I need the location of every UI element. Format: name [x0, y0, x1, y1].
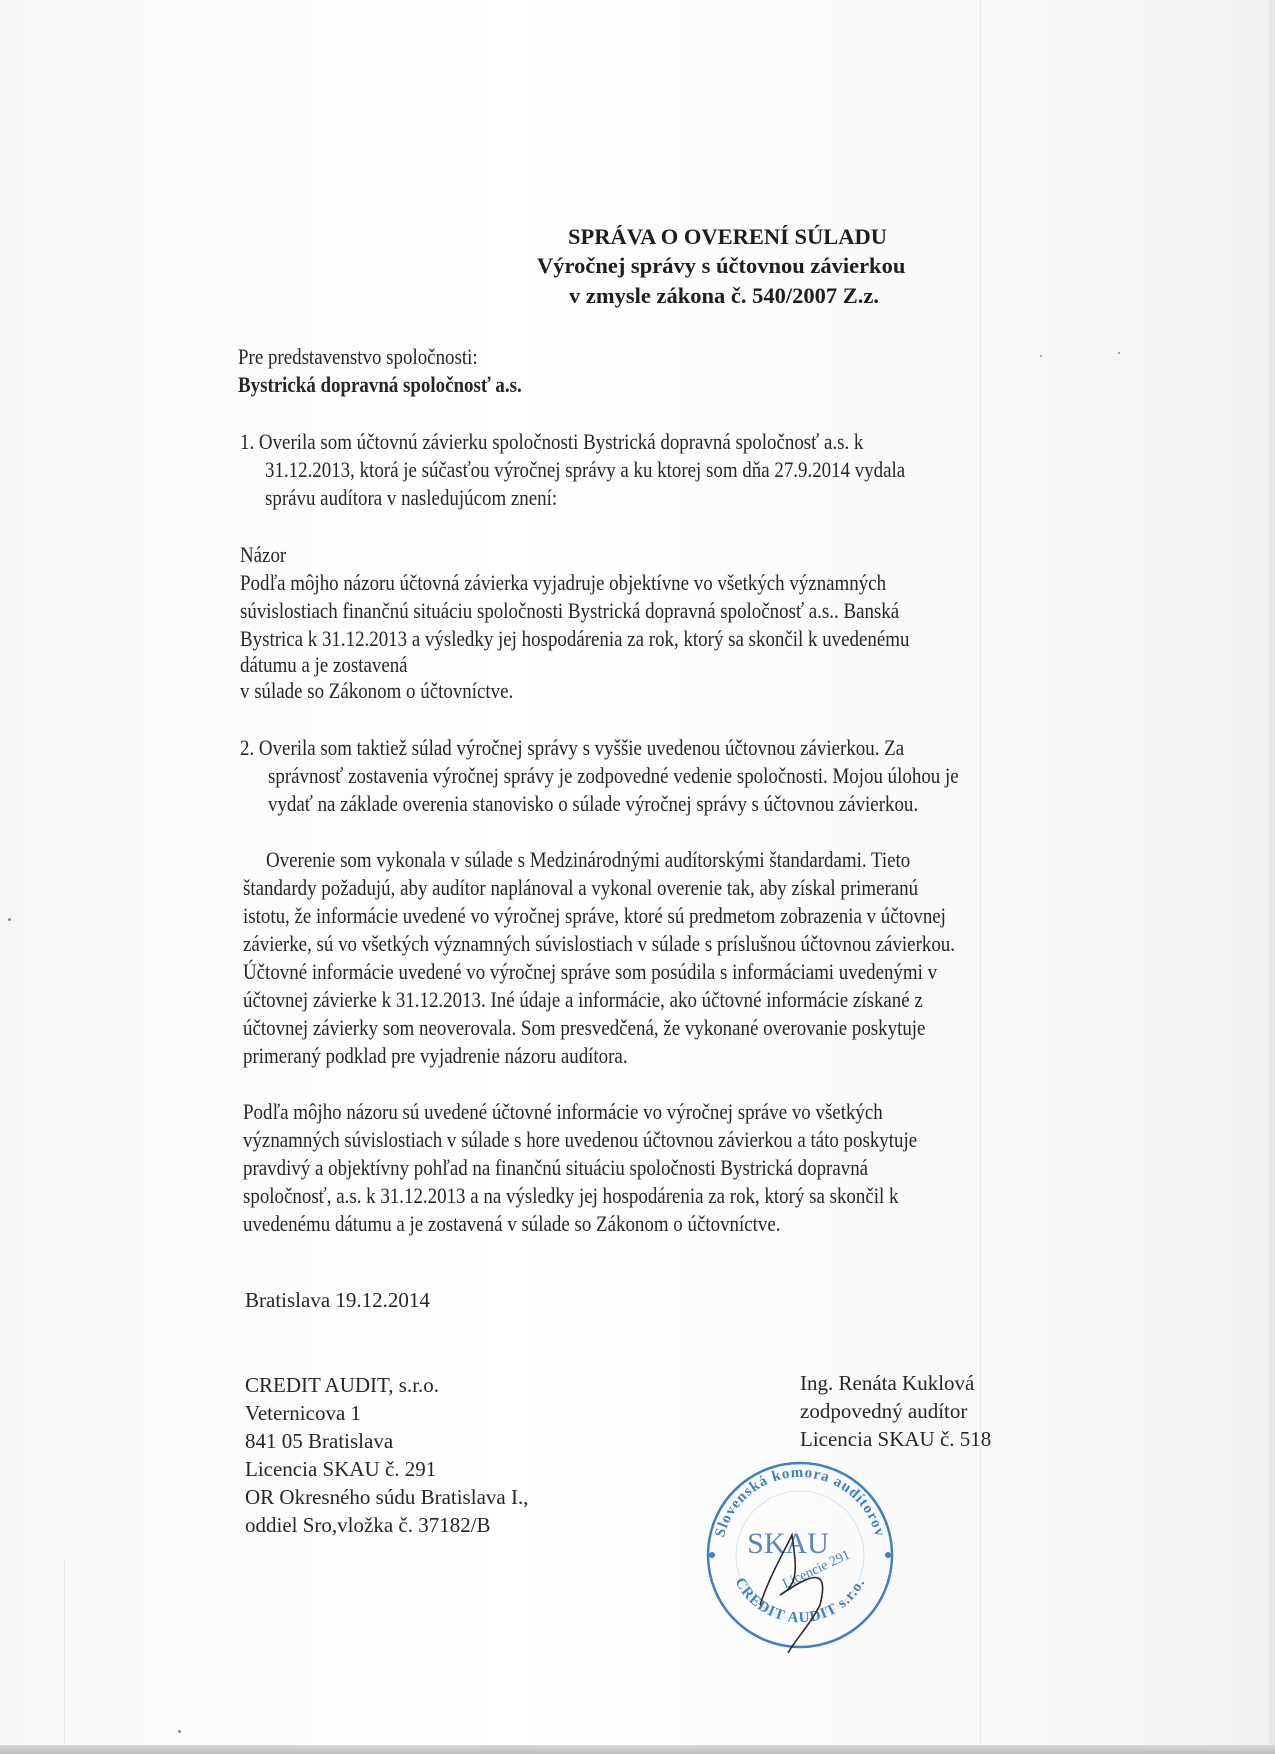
firm-line: CREDIT AUDIT, s.r.o. [245, 1375, 439, 1396]
place-and-date: Bratislava 19.12.2014 [245, 1290, 430, 1311]
firm-line: 841 05 Bratislava [245, 1431, 393, 1452]
addressee-company: Bystrická dopravná spoločnosť a.s. [238, 374, 522, 396]
conclusion-line: Podľa môjho názoru sú uvedené účtovné in… [243, 1101, 883, 1123]
section-2-line: vydať na základe overenia stanovisko o s… [268, 793, 918, 815]
opinion-heading: Názor [240, 544, 286, 566]
scan-speck [8, 918, 11, 921]
scan-edge-left [64, 1560, 65, 1750]
auditor-role: zodpovedný audítor [800, 1401, 967, 1422]
auditor-name: Ing. Renáta Kuklová [800, 1373, 974, 1394]
scan-speck [1118, 352, 1120, 354]
verification-line: štandardy požadujú, aby audítor naplánov… [243, 877, 918, 899]
opinion-line: Podľa môjho názoru účtovná závierka vyja… [240, 572, 886, 594]
firm-line: Veternicova 1 [245, 1403, 361, 1424]
opinion-line: v súlade so Zákonom o účtovníctve. [240, 680, 513, 702]
section-1-line: 1. Overila som účtovnú závierku spoločno… [240, 431, 863, 453]
auditor-license: Licencia SKAU č. 518 [800, 1429, 991, 1450]
firm-line: oddiel Sro,vložka č. 37182/B [245, 1515, 491, 1536]
firm-line: OR Okresného súdu Bratislava I., [245, 1487, 528, 1508]
addressee-label: Pre predstavenstvo spoločnosti: [238, 346, 478, 368]
page-fold-line [980, 0, 981, 1754]
scan-speck [1040, 355, 1042, 357]
verification-line: závierke, sú vo všetkých významných súvi… [243, 933, 955, 955]
document-title: SPRÁVA O OVERENÍ SÚLADU [568, 224, 887, 250]
firm-line: Licencia SKAU č. 291 [245, 1459, 436, 1480]
conclusion-line: uvedenému dátumu a je zostavená v súlade… [243, 1213, 780, 1235]
opinion-line: dátumu a je zostavená [240, 654, 408, 676]
auditor-stamp: Slovenská komora audítorov CREDIT AUDIT … [700, 1455, 900, 1655]
verification-line: Overenie som vykonala v súlade s Medziná… [266, 849, 910, 871]
document-subtitle: Výročnej správy s účtovnou závierkou [537, 253, 905, 279]
section-1-line: správu audítora v nasledujúcom znení: [265, 487, 557, 509]
verification-line: istotu, že informácie uvedené vo výročne… [243, 905, 946, 927]
conclusion-line: spoločnosť, a.s. k 31.12.2013 a na výsle… [243, 1185, 898, 1207]
section-2-line: 2. Overila som taktiež súlad výročnej sp… [240, 737, 904, 759]
section-2-line: správnosť zostavenia výročnej správy je … [268, 765, 959, 787]
verification-line: Účtovné informácie uvedené vo výročnej s… [243, 961, 937, 983]
scanned-page: SPRÁVA O OVERENÍ SÚLADU Výročnej správy … [0, 0, 1275, 1754]
conclusion-line: významných súvislostiach v súlade s hore… [243, 1129, 917, 1151]
conclusion-line: pravdivý a objektívny pohľad na finančnú… [243, 1157, 868, 1179]
scan-edge-bottom [0, 1745, 1275, 1754]
section-1-line: 31.12.2013, ktorá je súčasťou výročnej s… [265, 459, 905, 481]
opinion-line: súvislostiach finančnú situáciu spoločno… [240, 600, 899, 622]
scan-edge-right [1268, 0, 1275, 1754]
verification-line: účtovnej závierky som neoverovala. Som p… [243, 1017, 925, 1039]
scan-speck [178, 1730, 181, 1733]
verification-line: primeraný podklad pre vyjadrenie názoru … [243, 1045, 628, 1067]
verification-line: účtovnej závierke k 31.12.2013. Iné údaj… [243, 989, 923, 1011]
document-legal-reference: v zmysle zákona č. 540/2007 Z.z. [569, 283, 879, 309]
opinion-line: Bystrica k 31.12.2013 a výsledky jej hos… [240, 628, 909, 650]
